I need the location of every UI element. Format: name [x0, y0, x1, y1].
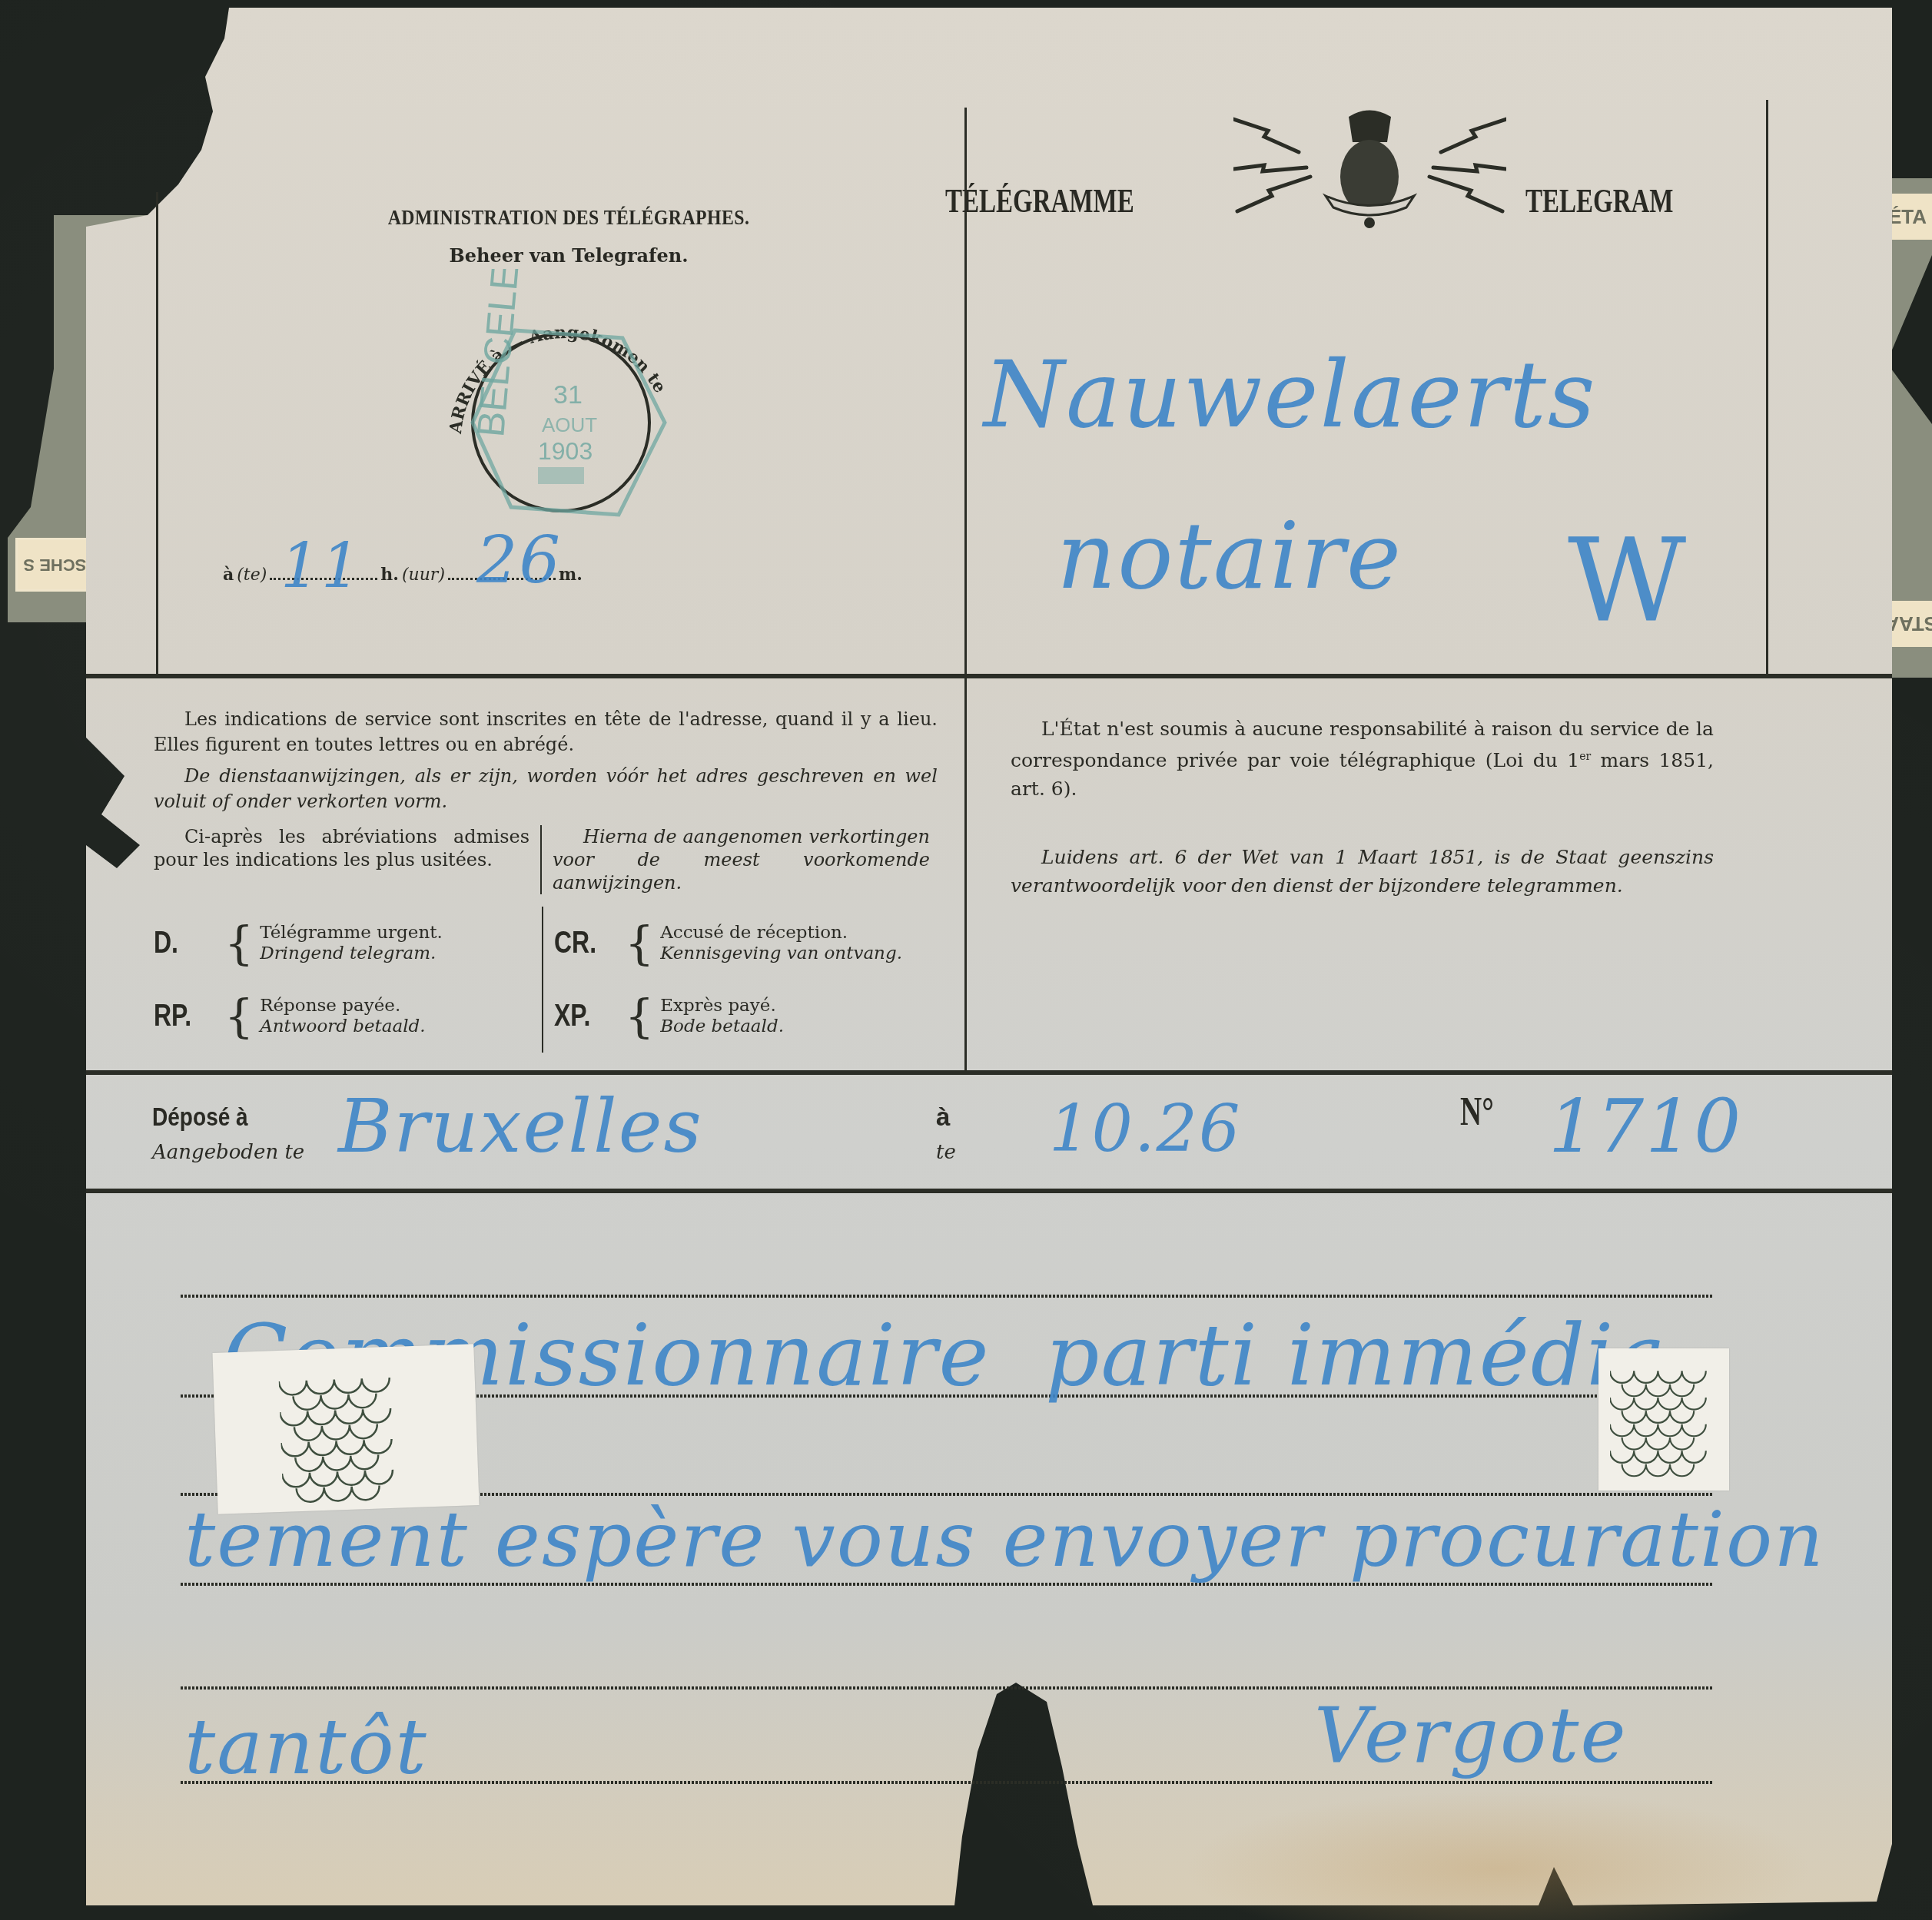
message-text-2: tement espère vous envoyer procuration [184, 1494, 1825, 1584]
abbrev-intro-fr: Ci-après les abréviations admises pour l… [154, 825, 542, 894]
frame-right-top [1766, 100, 1768, 676]
brace-icon: { [625, 993, 654, 1040]
abbr-nl: Bode betaald. [660, 1016, 784, 1037]
service-para-fr: Les indications de service sont inscrite… [154, 707, 938, 758]
abbr-fr: Accusé de réception. [660, 923, 848, 943]
service-indications: Les indications de service sont inscrite… [154, 707, 938, 1053]
minute-handwritten: 26 [476, 522, 562, 598]
brace-icon: { [625, 920, 654, 967]
addressee-place: W [1568, 515, 1688, 648]
deposit-place: Bruxelles [338, 1083, 703, 1169]
postmark-month: AOUT [542, 413, 597, 436]
abbreviation-table: D. { Télégramme urgent.Dringend telegram… [154, 907, 938, 1053]
abbreviation-xp: XP. { Exprès payé.Bode betaald. [554, 980, 930, 1053]
brace-icon: { [224, 993, 254, 1040]
scale-pattern-icon [1610, 1352, 1710, 1483]
message-line-1 [181, 1295, 1714, 1298]
service-para-nl: De dienstaanwijzingen, als er zijn, word… [154, 764, 938, 814]
hour-unit-nl: (uur) [402, 565, 445, 585]
abbrev-intro-nl: Hierna de aangenomen verkortingen voor d… [542, 825, 930, 894]
rule-header [86, 674, 1892, 678]
rule-info [86, 1070, 1892, 1075]
deposit-label-nl: Aangeboden te [152, 1141, 304, 1164]
liability-notice: L'État n'est soumis à aucune responsabil… [1011, 715, 1714, 900]
liability-fr: L'État n'est soumis à aucune responsabil… [1011, 715, 1714, 803]
abbr-code: RP. [154, 999, 211, 1033]
time-prefix: à [223, 565, 234, 585]
administration-subtitle: Beheer van Telegrafen. [338, 244, 799, 267]
frame-divider-info [964, 678, 967, 1070]
deposit-time: 10.26 [1049, 1091, 1241, 1166]
abbreviation-cr: CR. { Accusé de réception.Kennisgeving v… [554, 907, 930, 980]
abbr-code: XP. [554, 999, 611, 1033]
liability-nl: Luidens art. 6 der Wet van 1 Maart 1851,… [1011, 843, 1714, 900]
time-prefix-nl: (te) [237, 565, 267, 585]
frame-left-top [156, 192, 158, 676]
message-line-5 [181, 1686, 1714, 1690]
abbr-code: D. [154, 926, 211, 960]
abbr-nl: Antwoord betaald. [260, 1016, 425, 1037]
message-text-3b: Vergote [1314, 1690, 1628, 1780]
belgian-crest-icon [1233, 100, 1506, 230]
title-telegramme: TÉLÉGRAMME [945, 181, 1134, 221]
deposit-label: Déposé à [152, 1103, 248, 1132]
abbr-nl: Dringend telegram. [260, 943, 443, 964]
arrival-postmark: ARRIVÉ à — Aangekomen te BELCELE 31 AOUT… [430, 269, 684, 522]
abbreviation-d: D. { Télégramme urgent.Dringend telegram… [154, 907, 542, 980]
title-telegram: TELEGRAM [1525, 181, 1674, 221]
addressee-title: notaire [1057, 503, 1403, 610]
repair-patch-left [212, 1344, 479, 1514]
telegram-number: 1710 [1549, 1083, 1742, 1169]
postmark-town: BELCELE [469, 269, 526, 439]
addressee-name: Nauwelaerts [984, 342, 1597, 449]
deposit-time-label: à [936, 1103, 950, 1132]
administration-title: ADMINISTRATION DES TÉLÉGRAPHES. [373, 206, 765, 230]
abbr-fr: Réponse payée. [260, 996, 400, 1016]
number-label: N° [1460, 1089, 1494, 1135]
scale-pattern-icon [278, 1362, 398, 1504]
deposit-time-label-nl: te [936, 1141, 956, 1164]
hour-unit: h. [380, 565, 399, 585]
minute-unit: m. [559, 565, 583, 585]
brace-icon: { [224, 920, 254, 967]
postmark-year: 1903 [538, 437, 593, 465]
abbr-fr: Télégramme urgent. [260, 923, 443, 943]
liability-fr-sup: er [1579, 751, 1591, 763]
repair-patch-right [1598, 1348, 1729, 1491]
postmark-day: 31 [553, 380, 583, 410]
rule-deposit [86, 1189, 1892, 1193]
message-text-3a: tantôt [184, 1702, 428, 1792]
hour-handwritten: 11 [281, 530, 362, 602]
abbreviation-rp: RP. { Réponse payée.Antwoord betaald. [154, 980, 542, 1053]
abbr-code: CR. [554, 926, 611, 960]
abbr-nl: Kennisgeving van ontvang. [660, 943, 902, 964]
abbr-fr: Exprès payé. [660, 996, 776, 1016]
